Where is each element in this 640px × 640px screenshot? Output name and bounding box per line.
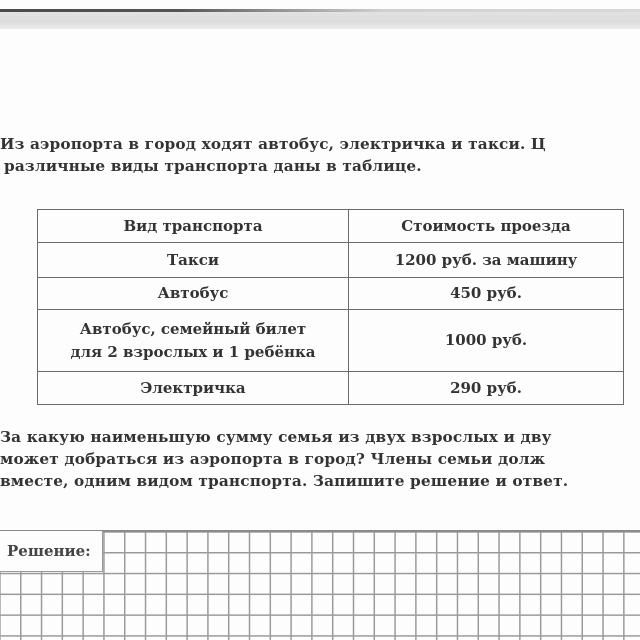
solution-label: Решение: xyxy=(0,531,103,572)
cost-cell: 450 руб. xyxy=(349,278,624,310)
intro-line: различные виды транспорта даны в таблице… xyxy=(0,155,640,177)
table-row: Электричка 290 руб. xyxy=(38,372,624,405)
transport-cell: Электричка xyxy=(38,372,349,405)
table-row: Такси 1200 руб. за машину xyxy=(38,243,624,278)
transport-line: для 2 взрослых и 1 ребёнка xyxy=(38,343,348,362)
table-row: Автобус, семейный билет для 2 взрослых и… xyxy=(38,310,624,372)
cost-cell: 1200 руб. за машину xyxy=(349,243,624,278)
header-transport-type: Вид транспорта xyxy=(38,210,349,243)
intro-line: Из аэропорта в город ходят автобус, элек… xyxy=(0,133,640,155)
transport-cell: Такси xyxy=(38,243,349,278)
problem-intro: Из аэропорта в город ходят автобус, элек… xyxy=(0,133,640,177)
page-top-edge xyxy=(0,9,640,29)
cost-cell: 290 руб. xyxy=(349,372,624,405)
transport-cell: Автобус xyxy=(38,278,349,310)
transport-cell: Автобус, семейный билет для 2 взрослых и… xyxy=(38,310,349,372)
header-fare: Стоимость проезда xyxy=(349,210,624,243)
table-row: Автобус 450 руб. xyxy=(38,278,624,310)
question-line: За какую наименьшую сумму семья из двух … xyxy=(0,426,640,448)
question-line: вместе, одним видом транспорта. Запишите… xyxy=(0,470,640,492)
question-line: может добраться из аэропорта в город? Чл… xyxy=(0,448,640,470)
table-header-row: Вид транспорта Стоимость проезда xyxy=(38,210,624,243)
transport-line: Автобус, семейный билет xyxy=(38,320,348,339)
cost-cell: 1000 руб. xyxy=(349,310,624,372)
problem-question: За какую наименьшую сумму семья из двух … xyxy=(0,426,640,492)
fares-table: Вид транспорта Стоимость проезда Такси 1… xyxy=(37,209,624,405)
